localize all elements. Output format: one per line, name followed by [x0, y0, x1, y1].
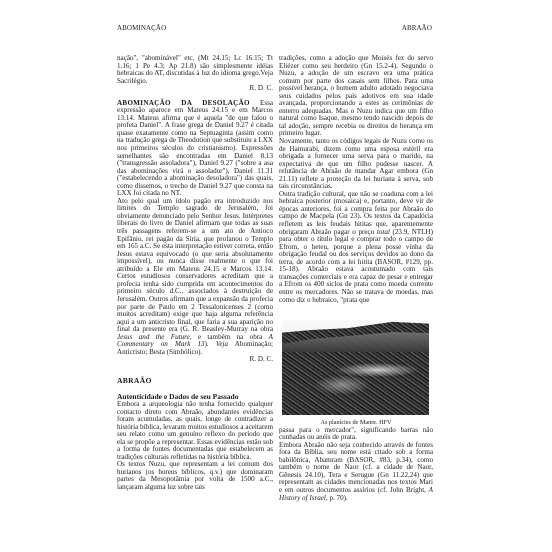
entry-paragraph: Essa expressão aparece em Mateus 24.15 e…: [117, 99, 273, 198]
subsection-paragraph: Os textos Nuzu, que representam a lei co…: [117, 461, 273, 491]
running-head-left: ABOMINAÇÃO: [117, 24, 166, 32]
body-text: , p. 70).: [326, 494, 348, 502]
entry-paragraph-2: Ato pelo qual um ídolo pagão era introdu…: [117, 198, 273, 356]
body-paragraph: tradições, como a adoção que Moisés fez …: [279, 55, 433, 138]
body-text: Embora Abraão não seja conhecido através…: [279, 441, 433, 494]
body-paragraph: passa para o mercador", significando bar…: [279, 427, 433, 442]
body-paragraph: Outra tradição cultural, que não se coad…: [279, 191, 433, 304]
body-text: (23.9, NTLH) para obter o título legal e…: [279, 228, 433, 304]
photo-ridge: [282, 332, 429, 352]
photo-plains-of-mamre: [282, 320, 429, 415]
entry-text: ).: [205, 340, 216, 348]
section-title: ABRAÃO: [117, 377, 273, 385]
running-head-right: ABRAÃO: [402, 24, 432, 32]
right-column: tradições, como a adoção que Moisés fez …: [279, 55, 433, 502]
body-paragraph: Novamente, tanto os códigos legais de Nu…: [279, 138, 433, 191]
subsection-paragraph: Embora a arqueologia não tenha fornecido…: [117, 401, 273, 461]
author-signature: R. D. C.: [117, 356, 273, 364]
body-paragraph: Embora Abraão não seja conhecido através…: [279, 442, 433, 502]
entry-abominacao-desolacao: ABOMINAÇÃO DA DESOLAÇÃO Essa expressão a…: [117, 100, 273, 198]
entry-text: Ato pelo qual um ídolo pagão era introdu…: [117, 197, 273, 333]
left-column: nação", "abominável" etc. (Mt 24.15; Lc …: [117, 55, 273, 492]
intro-paragraph: nação", "abominável" etc. (Mt 24.15; Lc …: [117, 55, 273, 85]
see-also-label: Veja: [216, 340, 228, 348]
author-signature: R. D. C.: [117, 85, 273, 93]
